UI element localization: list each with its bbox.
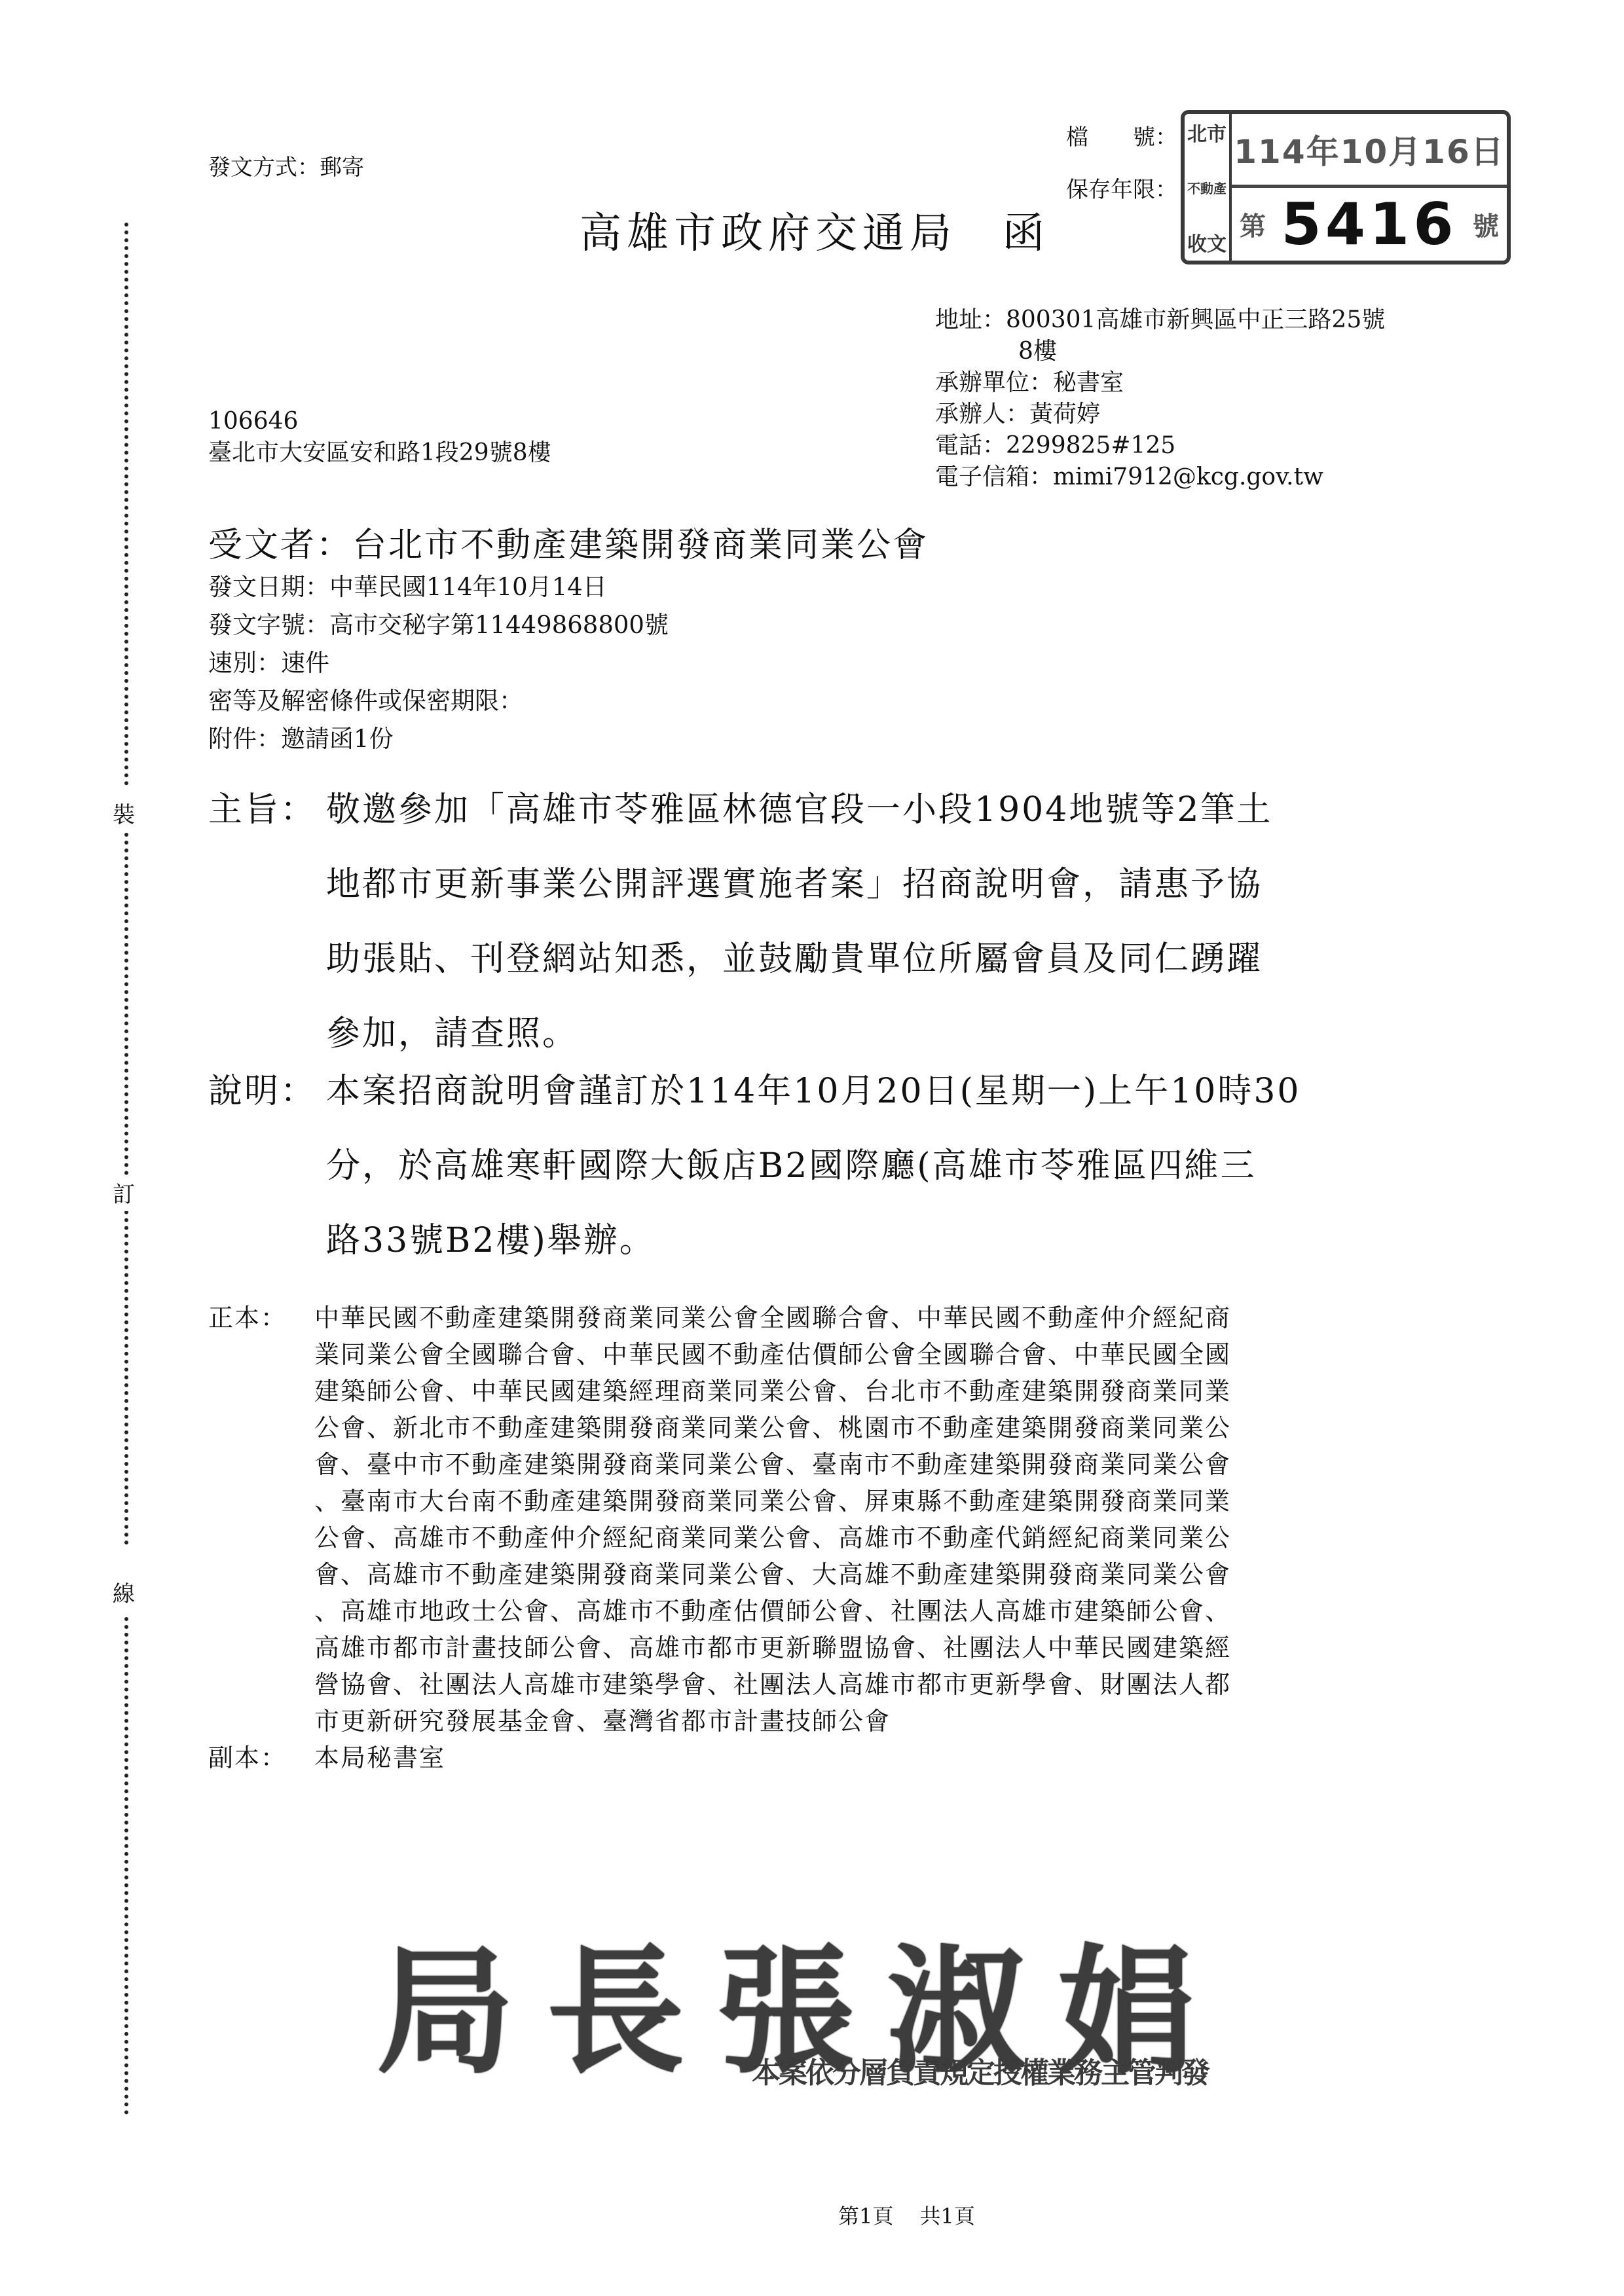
sender-address-floor: 8樓 (935, 336, 1385, 367)
issuing-agency: 高雄市政府交通局 (580, 210, 957, 258)
stamp-org: 北市 不動產 收文 (1185, 114, 1232, 261)
document-type: 函 (1003, 210, 1050, 258)
handler: 承辦人：黃荷婷 (935, 399, 1385, 430)
original-recipients: 中華民國不動產建築開發商業同業公會全國聯合會、中華民國不動產仲介經紀商 業同業公… (314, 1300, 1231, 1740)
handling-unit: 承辦單位：秘書室 (935, 367, 1385, 399)
recipient-line: 公會、新北市不動產建築開發商業同業公會、桃園市不動產建築開發商業同業公 (314, 1410, 1231, 1446)
document-number: 發文字號：高市交秘字第11449868800號 (208, 606, 669, 644)
recipient-line: 高雄市都市計畫技師公會、高雄市都市更新聯盟協會、社團法人中華民國建築經 (314, 1630, 1231, 1666)
stamp-number-row: 第 5416 號 (1232, 188, 1507, 261)
phone: 電話：2299825#125 (935, 430, 1385, 462)
stamp-org-top: 北市 (1187, 118, 1227, 147)
explanation-line: 路33號B2樓)舉辦。 (326, 1203, 1492, 1278)
explanation-section: 說明： 本案招商說明會謹訂於114年10月20日(星期一)上午10時30 分，於… (208, 1054, 1518, 1278)
original-recipients-label: 正本： (208, 1300, 314, 1740)
distribution-list: 正本： 中華民國不動產建築開發商業同業公會全國聯合會、中華民國不動產仲介經紀商 … (208, 1300, 1531, 1776)
file-info: 檔 號： 保存年限： (1046, 111, 1177, 216)
sender-address: 地址：800301高雄市新興區中正三路25號 (935, 304, 1385, 336)
recipient-street-address: 臺北市大安區安和路1段29號8樓 (208, 437, 551, 469)
sender-info: 地址：800301高雄市新興區中正三路25號 8樓 承辦單位：秘書室 承辦人：黃… (935, 304, 1385, 493)
explanation-line: 本案招商說明會謹訂於114年10月20日(星期一)上午10時30 (326, 1054, 1492, 1129)
subject-line: 敬邀參加「高雄市苓雅區林德官段一小段1904地號等2筆土 (326, 773, 1492, 847)
postal-code: 106646 (208, 406, 551, 437)
delegation-note: 本案依分層負責規定授權業務主管判發 (752, 2049, 1208, 2091)
stamp-handwritten-number: 5416 (1282, 191, 1458, 258)
receipt-stamp: 北市 不動產 收文 114年10月16日 第 5416 號 (1181, 110, 1511, 264)
recipient-line: 、高雄市地政士公會、高雄市不動產估價師公會、社團法人高雄市建築師公會、 (314, 1593, 1231, 1630)
explanation-label: 說明： (208, 1054, 326, 1278)
recipient-line: 建築師公會、中華民國建築經理商業同業公會、台北市不動產建築開發商業同業 (314, 1373, 1231, 1410)
confidentiality: 密等及解密條件或保密期限： (208, 682, 669, 720)
issue-date: 發文日期：中華民國114年10月14日 (208, 568, 669, 606)
subject-label: 主旨： (208, 773, 326, 1071)
binding-label-xian: 線 (113, 1578, 135, 1611)
stamp-org-middle: 不動產 (1187, 178, 1227, 197)
recipient-line: 公會、高雄市不動產仲介經紀商業同業公會、高雄市不動產代銷經紀商業同業公 (314, 1520, 1231, 1556)
explanation-line: 分，於高雄寒軒國際大飯店B2國際廳(高雄市苓雅區四維三 (326, 1129, 1492, 1203)
recipient-line: 、臺南市大台南不動產建築開發商業同業公會、屏東縣不動產建築開發商業同業 (314, 1483, 1231, 1520)
copy-recipients-label: 副本： (208, 1740, 314, 1776)
recipient-address: 106646 臺北市大安區安和路1段29號8樓 (208, 406, 551, 469)
subject-line: 助張貼、刊登網站知悉，並鼓勵貴單位所屬會員及同仁踴躍 (326, 922, 1492, 996)
recipient-line: 會、高雄市不動產建築開發商業同業公會、大高雄不動產建築開發商業同業公會 (314, 1556, 1231, 1593)
recipient-line: 業同業公會全國聯合會、中華民國不動產估價師公會全國聯合會、中華民國全國 (314, 1336, 1231, 1373)
page-number: 第1頁 共1頁 (838, 2200, 975, 2230)
recipient-line: 會、臺中市不動產建築開發商業同業公會、臺南市不動產建築開發商業同業公會 (314, 1446, 1231, 1483)
receiver: 受文者：台北市不動產建築開發商業同業公會 (208, 517, 929, 566)
document-title: 高雄市政府交通局函 (580, 200, 1050, 260)
binding-label-ding: 訂 (113, 1178, 135, 1211)
retention-period-label: 保存年限： (1046, 164, 1177, 216)
attachment: 附件：邀請函1份 (208, 720, 669, 758)
stamp-number-suffix: 號 (1473, 206, 1499, 243)
binding-line-top (124, 223, 128, 786)
stamp-org-bottom: 收文 (1187, 228, 1227, 257)
subject-section: 主旨： 敬邀參加「高雄市苓雅區林德官段一小段1904地號等2筆土 地都市更新事業… (208, 773, 1518, 1071)
recipient-line: 市更新研究發展基金會、臺灣省都市計畫技師公會 (314, 1703, 1231, 1740)
file-number-label: 檔 號： (1046, 111, 1177, 164)
copy-recipients: 本局秘書室 (314, 1740, 445, 1776)
document-meta: 發文日期：中華民國114年10月14日 發文字號：高市交秘字第114498688… (208, 568, 669, 758)
explanation-body: 本案招商說明會謹訂於114年10月20日(星期一)上午10時30 分，於高雄寒軒… (326, 1054, 1492, 1278)
speed-class: 速別：速件 (208, 644, 669, 682)
binding-label-zhuang: 裝 (113, 799, 135, 831)
subject-line: 地都市更新事業公開評選實施者案」招商說明會，請惠予協 (326, 847, 1492, 922)
email: 電子信箱：mimi7912@kcg.gov.tw (935, 462, 1385, 493)
send-method: 發文方式：郵寄 (208, 149, 364, 181)
recipient-line: 中華民國不動產建築開發商業同業公會全國聯合會、中華民國不動產仲介經紀商 (314, 1300, 1231, 1336)
recipient-line: 營協會、社團法人高雄市建築學會、社團法人高雄市都市更新學會、財團法人都 (314, 1666, 1231, 1703)
stamp-date: 114年10月16日 (1232, 114, 1507, 188)
subject-body: 敬邀參加「高雄市苓雅區林德官段一小段1904地號等2筆土 地都市更新事業公開評選… (326, 773, 1492, 1071)
stamp-number-prefix: 第 (1240, 206, 1266, 243)
binding-line-bottom (124, 1617, 128, 2115)
